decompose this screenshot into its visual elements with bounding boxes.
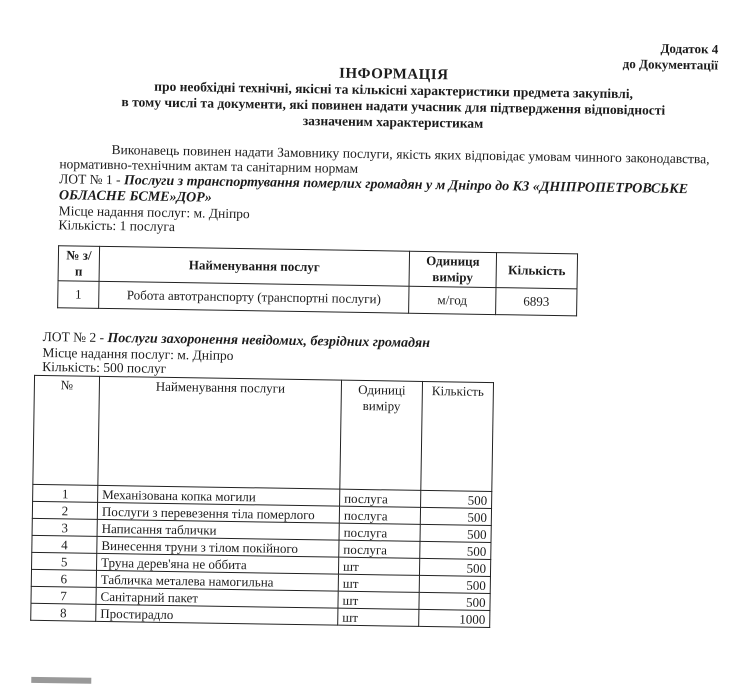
cell-quantity: 500 [420,524,491,542]
cell-quantity: 6893 [496,288,577,316]
col-service-name: Найменування послуг [99,246,410,286]
lot2-table: № Найменування послуги Одиниці виміру Кі… [30,375,494,628]
cell-unit: послуга [340,489,421,507]
cell-unit: шт [338,557,419,575]
col-unit: Одиниці виміру [340,380,423,490]
cell-number: 5 [32,552,97,570]
cell-quantity: 500 [419,558,490,576]
cell-quantity: 500 [420,541,491,559]
cell-service-name: Простирадло [96,604,338,625]
cell-unit: шт [338,591,419,609]
cell-number: 8 [31,603,96,621]
lot2-prefix: ЛОТ № 2 - [43,329,108,345]
col-number: № з/п [58,246,100,282]
cell-quantity: 500 [419,575,490,593]
cell-quantity: 500 [421,490,492,508]
col-quantity: Кількість [496,253,578,289]
cell-number: 6 [31,569,96,587]
document-page: Додаток 4 до Документації ІНФОРМАЦІЯ про… [0,0,731,690]
lot1-table: № з/п Найменування послуг Одиниця виміру… [57,245,578,316]
cell-quantity: 1000 [419,609,490,627]
col-unit: Одиниця виміру [409,251,497,287]
table-header-row: № Найменування послуги Одиниці виміру Кі… [33,375,494,491]
cell-unit: шт [338,574,419,592]
scan-artifact [31,677,91,684]
lot2-table-body: 1Механізована копка могилипослуга5002Пос… [31,484,492,627]
cell-number: 2 [32,501,97,519]
lot1-prefix: ЛОТ № 1 - [59,171,124,187]
col-service-name: Найменування послуги [98,376,342,489]
cell-number: 7 [31,586,96,604]
annex-number: Додаток 4 [623,40,719,57]
cell-number: 4 [32,535,97,553]
cell-unit: м/год [409,286,496,314]
cell-number: 1 [58,281,99,309]
cell-unit: послуга [339,506,420,524]
cell-unit: послуга [339,523,420,541]
cell-unit: шт [338,608,419,626]
cell-unit: послуга [339,540,420,558]
cell-number: 1 [33,484,98,502]
cell-quantity: 500 [420,507,491,525]
annex-label: Додаток 4 до Документації [623,40,719,73]
col-quantity: Кількість [421,381,494,491]
cell-service-name: Робота автотранспорту (транспортні послу… [99,281,409,313]
document-title: ІНФОРМАЦІЯ про необхідні технічні, якісн… [68,61,719,135]
col-number: № [33,375,100,485]
cell-number: 3 [32,518,97,536]
cell-quantity: 500 [419,592,490,610]
